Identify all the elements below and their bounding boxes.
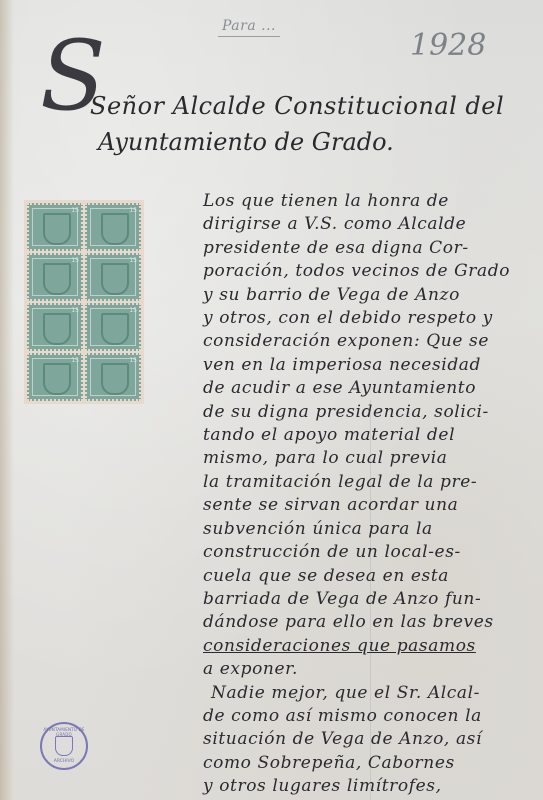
salutation-line-2: Ayuntamiento de Grado.: [98, 128, 394, 156]
fiscal-stamp: 15: [85, 203, 141, 251]
stamp-value: 15: [71, 307, 79, 314]
body-line: consideración exponen: Que se: [203, 330, 538, 353]
coat-of-arms-icon: [55, 736, 73, 756]
pencil-year: 1928: [410, 28, 486, 63]
document-page: Para ... 1928 S Señor Alcalde Constituci…: [0, 0, 543, 800]
stamp-value: 15: [129, 357, 137, 364]
seal-archive-text: ARCHIVO: [54, 759, 74, 764]
body-line: situación de Vega de Anzo, así: [203, 728, 538, 751]
body-line: construcción de un local-es-: [203, 541, 538, 564]
body-line: dirigirse a V.S. como Alcalde: [203, 213, 538, 236]
body-line: sente se sirvan acordar una: [203, 494, 538, 517]
body-line: mismo, para lo cual previa: [203, 447, 538, 470]
body-line: tando el apoyo material del: [203, 424, 538, 447]
fiscal-stamp: 15: [27, 253, 83, 301]
fiscal-stamp: 15: [85, 303, 141, 351]
stamp-value: 15: [71, 357, 79, 364]
body-line: de acudir a ese Ayuntamiento: [203, 377, 538, 400]
body-line: Los que tienen la honra de: [203, 190, 538, 213]
body-line: la tramitación legal de la pre-: [203, 471, 538, 494]
fiscal-stamp: 15: [85, 253, 141, 301]
body-line: Nadie mejor, que el Sr. Alcal-: [203, 682, 538, 705]
body-line: cuela que se desea en esta: [203, 565, 538, 588]
body-line: y su barrio de Vega de Anzo: [203, 284, 538, 307]
body-line: a exponer.: [203, 658, 538, 681]
stamp-value: 15: [71, 207, 79, 214]
stamp-value: 15: [129, 207, 137, 214]
body-line: subvención única para la: [203, 518, 538, 541]
fiscal-stamp: 15: [27, 353, 83, 401]
body-line: dándose para ello en las breves: [203, 611, 538, 634]
fiscal-stamp-block: 15 15 15 15 15 15 15 15: [24, 200, 144, 404]
body-line: consideraciones que pasamos: [203, 635, 538, 658]
stamp-value: 15: [71, 257, 79, 264]
petition-body: Los que tienen la honra de dirigirse a V…: [203, 190, 538, 799]
stamp-value: 15: [129, 257, 137, 264]
salutation-line-1: Señor Alcalde Constitucional del: [90, 92, 504, 120]
body-line: como Sobrepeña, Cabornes: [203, 752, 538, 775]
fiscal-stamp: 15: [85, 353, 141, 401]
archive-seal: AYUNTAMIENTO DE GRADO ARCHIVO: [40, 722, 88, 770]
fiscal-stamp: 15: [27, 303, 83, 351]
body-line: de como así mismo conocen la: [203, 705, 538, 728]
body-line: poración, todos vecinos de Grado: [203, 260, 538, 283]
fiscal-stamp: 15: [27, 203, 83, 251]
body-line: ven en la imperiosa necesidad: [203, 354, 538, 377]
body-line: y otros lugares limítrofes,: [203, 775, 538, 798]
body-line: y otros, con el debido respeto y: [203, 307, 538, 330]
paper-edge-stain: [0, 0, 14, 800]
body-line: barriada de Vega de Anzo fun-: [203, 588, 538, 611]
stamp-value: 15: [129, 307, 137, 314]
body-line: presidente de esa digna Cor-: [203, 237, 538, 260]
body-line: de su digna presidencia, solici-: [203, 401, 538, 424]
pencil-annotation: Para ...: [218, 18, 280, 37]
seal-ring-text: AYUNTAMIENTO DE GRADO: [42, 727, 86, 737]
